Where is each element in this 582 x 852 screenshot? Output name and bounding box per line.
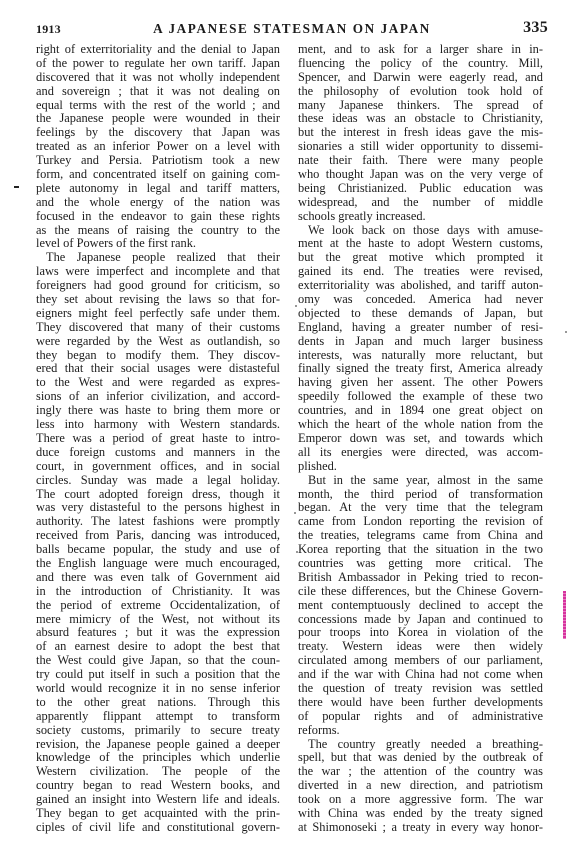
text-line: balls became popular, the study and use … xyxy=(36,543,280,557)
text-line: sionaries a still wider opportunity to d… xyxy=(298,140,543,154)
text-line: We look back on those days with amuse- xyxy=(298,224,543,238)
text-line: The court adopted foreign dress, though … xyxy=(36,488,280,502)
text-line: right of exterritoriality and the denial… xyxy=(36,43,280,57)
text-line: laws were imperfect and incomplete and t… xyxy=(36,265,280,279)
text-line: society customs, primarily to secure tre… xyxy=(36,724,280,738)
text-line: the philosophy of evolution took hold of xyxy=(298,85,543,99)
text-line: took on a more aggressive form. The war xyxy=(298,793,543,807)
text-line: feelings by the discovery that Japan was xyxy=(36,126,280,140)
text-line: received from Paris, dancing was introdu… xyxy=(36,529,280,543)
text-line: to the other great nations. Through this xyxy=(36,696,280,710)
text-line: being Christianized. Public education wa… xyxy=(298,182,543,196)
text-line: treaty. Western ideas were then widely xyxy=(298,640,543,654)
page-number: 335 xyxy=(523,19,548,37)
text-line: countries was getting more critical. The xyxy=(298,557,543,571)
text-line: with China was ended by the treaty signe… xyxy=(298,807,543,821)
text-line: as the means of raising the country to t… xyxy=(36,224,280,238)
text-line: and if the war with China had not come w… xyxy=(298,668,543,682)
text-line: ment at the haste to adopt Western custo… xyxy=(298,237,543,251)
text-line: the war ; the attention of the country w… xyxy=(298,765,543,779)
text-line: mere mimicry of the West, not without it… xyxy=(36,613,280,627)
text-line: country began to read Western books, and xyxy=(36,779,280,793)
text-line: the treaties, telegrams came from China … xyxy=(298,529,543,543)
text-line: and sovereign ; that it was not dealing … xyxy=(36,85,280,99)
text-line: who thought Japan was on the very verge … xyxy=(298,168,543,182)
text-line: ered that their social usages were dista… xyxy=(36,362,280,376)
text-line: court, in government offices, and in soc… xyxy=(36,460,280,474)
text-line: ment contemptuously declined to accept t… xyxy=(298,599,543,613)
text-line: world would recognize it in no sense inf… xyxy=(36,682,280,696)
text-line: Turkey and Persia. Patriotism took a new xyxy=(36,154,280,168)
text-line: focused in the endeavor to gain these ri… xyxy=(36,210,280,224)
text-line: But in the same year, almost in the same xyxy=(298,474,543,488)
margin-dash-mark xyxy=(14,186,19,188)
text-line: omy was conceded. America had never xyxy=(298,293,543,307)
text-line: form, and concentrated itself on gaining… xyxy=(36,168,280,182)
text-line: Western civilization. The people of the xyxy=(36,765,280,779)
right-column: ment, and to ask for a larger share in i… xyxy=(298,43,543,835)
text-line: less into harmony with Western standards… xyxy=(36,418,280,432)
text-line: England, having a greater number of resi… xyxy=(298,321,543,335)
text-line: interests, was naturally more reluctant,… xyxy=(298,349,543,363)
text-line: foreigners had good ground for criticism… xyxy=(36,279,280,293)
text-line: came from London reporting the revision … xyxy=(298,515,543,529)
header-title: A JAPANESE STATESMAN ON JAPAN xyxy=(36,21,548,37)
text-line: finally signed the treaty first, America… xyxy=(298,362,543,376)
text-line: plished. xyxy=(298,460,543,474)
text-line: eigners might feel perfectly safe under … xyxy=(36,307,280,321)
running-header: 1913 A JAPANESE STATESMAN ON JAPAN 335 xyxy=(36,19,548,37)
text-line: the West could give Japan, so that the c… xyxy=(36,654,280,668)
text-line: schools greatly increased. xyxy=(298,210,543,224)
scan-speck xyxy=(296,551,298,553)
text-line: Spencer, and Darwin were eagerly read, a… xyxy=(298,71,543,85)
text-line: sions of an inferior civilization, and a… xyxy=(36,390,280,404)
text-line: There was a period of great haste to int… xyxy=(36,432,280,446)
text-line: which the heart of the whole nation from… xyxy=(298,418,543,432)
text-line: The Japanese people realized that their xyxy=(36,251,280,265)
text-line: treated as an inferior Power on a level … xyxy=(36,140,280,154)
text-line: month, the third period of transformatio… xyxy=(298,488,543,502)
text-line: ciples of civil life and constitutional … xyxy=(36,821,280,835)
text-line: circles. Sunday was made a legal holiday… xyxy=(36,474,280,488)
margin-highlight-bar xyxy=(563,591,566,639)
text-line: the question of treaty revision was sett… xyxy=(298,682,543,696)
text-line: there would have been further developmen… xyxy=(298,696,543,710)
text-line: dents in Japan and much larger business xyxy=(298,335,543,349)
text-line: and there was even talk of Government ai… xyxy=(36,571,280,585)
text-line: of popular rights and of administrative xyxy=(298,710,543,724)
text-line: discovered that it was not wholly indepe… xyxy=(36,71,280,85)
text-line: cile these differences, but the Chinese … xyxy=(298,585,543,599)
text-line: diverted in a new direction, and patriot… xyxy=(298,779,543,793)
text-line: authority. The latest fashions were prom… xyxy=(36,515,280,529)
text-line: the period of extreme Occidentalization,… xyxy=(36,599,280,613)
text-line: countries, and in 1894 one great object … xyxy=(298,404,543,418)
text-line: in the introduction of Christianity. It … xyxy=(36,585,280,599)
text-line: to the West and were regarded as expres- xyxy=(36,376,280,390)
text-line: try could put itself in such a position … xyxy=(36,668,280,682)
text-line: ment, and to ask for a larger share in i… xyxy=(298,43,543,57)
text-line: pour troops into Korea in violation of t… xyxy=(298,626,543,640)
text-line: were regarded by the West as outlandish,… xyxy=(36,335,280,349)
text-line: absurd features ; but it was the express… xyxy=(36,626,280,640)
text-line: of the power to regulate her own tariff.… xyxy=(36,57,280,71)
text-line: British Ambassador in Peking tried to re… xyxy=(298,571,543,585)
text-line: ingly there was haste to bring them more… xyxy=(36,404,280,418)
text-line: Korea reporting that the situation in th… xyxy=(298,543,543,557)
text-line: fluencing the policy of the country. Mil… xyxy=(298,57,543,71)
text-line: but the great motive which prompted it xyxy=(298,251,543,265)
text-line: duce foreign customs and manners in the xyxy=(36,446,280,460)
text-line: objected to these demands of Japan, but xyxy=(298,307,543,321)
text-line: they set about revising the laws so that… xyxy=(36,293,280,307)
text-line: the English language were much encourage… xyxy=(36,557,280,571)
text-line: nate their faith. There were many people xyxy=(298,154,543,168)
text-line: began. At the very time that the telegra… xyxy=(298,501,543,515)
text-line: revision, the Japanese people gained a d… xyxy=(36,738,280,752)
text-line: The country greatly needed a breathing- xyxy=(298,738,543,752)
text-line: exterritoriality was abolished, and tari… xyxy=(298,279,543,293)
scan-speck xyxy=(295,305,297,307)
text-line: equal terms with the rest of the world ;… xyxy=(36,99,280,113)
text-line: They began to get acquainted with the pr… xyxy=(36,807,280,821)
text-line: but the interest in fresh ideas gave the… xyxy=(298,126,543,140)
text-line: widespread, and the number of middle xyxy=(298,196,543,210)
scan-speck xyxy=(565,331,567,333)
text-line: many Japanese thinkers. The spread of xyxy=(298,99,543,113)
text-line: plete autonomy in legal and tariff matte… xyxy=(36,182,280,196)
text-line: at Shimonoseki ; a treaty in every way h… xyxy=(298,821,543,835)
text-line: gained an insight into Western life and … xyxy=(36,793,280,807)
text-line: having given her assent. The other Power… xyxy=(298,376,543,390)
text-line: Emperor down was set, and towards which xyxy=(298,432,543,446)
text-line: the Japanese people were wounded in thei… xyxy=(36,112,280,126)
text-line: circulated among members of our parliame… xyxy=(298,654,543,668)
text-line: spell, but that was denied by the outbre… xyxy=(298,751,543,765)
text-line: they began to modify them. They discov- xyxy=(36,349,280,363)
text-line: all its energies were directed, was acco… xyxy=(298,446,543,460)
text-line: knowledge of the principles which underl… xyxy=(36,751,280,765)
left-column: right of exterritoriality and the denial… xyxy=(36,43,280,835)
text-line: apparently flippant attempt to transform xyxy=(36,710,280,724)
text-line: speedily followed the example of these t… xyxy=(298,390,543,404)
text-line: of an earnest desire to adopt the best t… xyxy=(36,640,280,654)
text-line: gained its end. The treaties were revise… xyxy=(298,265,543,279)
text-line: reforms. xyxy=(298,724,543,738)
text-line: concessions made by Japan and continued … xyxy=(298,613,543,627)
scan-speck xyxy=(294,512,296,514)
text-line: was very distasteful to the persons high… xyxy=(36,501,280,515)
text-line: They discovered that many of their custo… xyxy=(36,321,280,335)
text-line: and the whole energy of the nation was xyxy=(36,196,280,210)
text-line: level of Powers of the first rank. xyxy=(36,237,280,251)
text-line: these ideas was an obstacle to Christian… xyxy=(298,112,543,126)
